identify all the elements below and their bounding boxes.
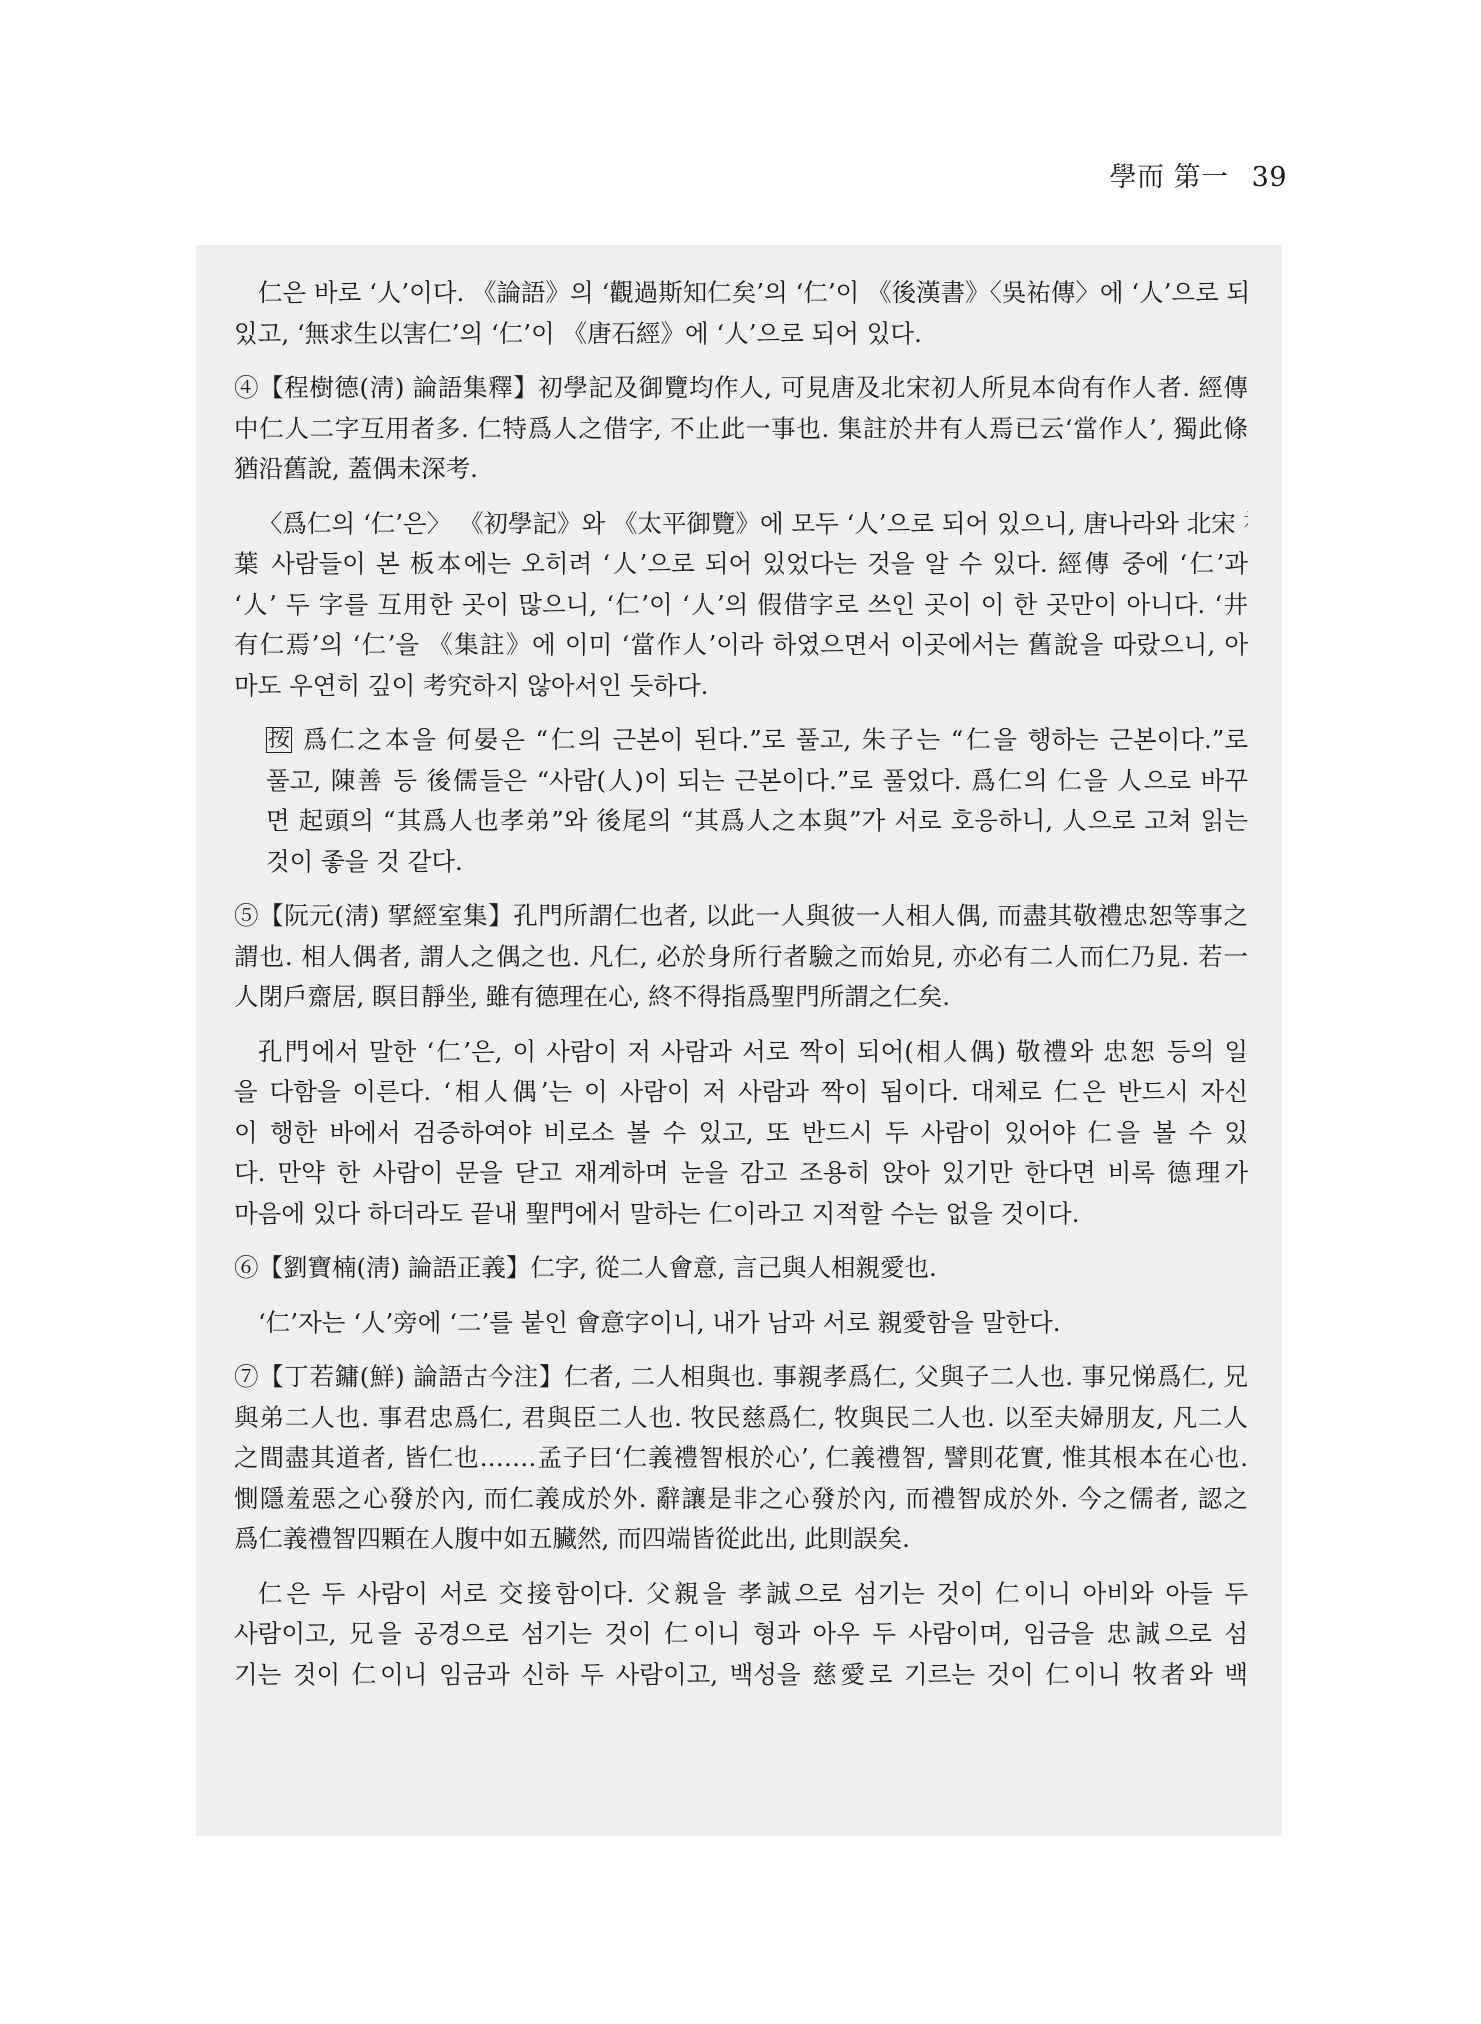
note-text: 爲仁之本을 何晏은 “仁의 근본이 된다.”로 풀고, 朱子는 “仁을 행하는 … [300, 725, 1248, 754]
text-line: 仁은 두 사람이 서로 交接함이다. 父親을 孝誠으로 섬기는 것이 仁이니 아… [234, 1574, 1248, 1615]
text-line: 〈爲仁의 ‘仁’은〉 《初學記》와 《太平御覽》에 모두 ‘人’으로 되어 있으… [234, 504, 1248, 545]
text-line: 있고, ‘無求生以害仁’의 ‘仁’이 《唐石經》에 ‘人’으로 되어 있다. [234, 314, 1248, 355]
section-title: 第一 [1174, 162, 1229, 193]
text-line: 葉 사람들이 본 板本에는 오히려 ‘人’으로 되어 있었다는 것을 알 수 있… [234, 544, 1248, 585]
citation-paragraph-7: ⑦【丁若鏞(鮮) 論語古今注】仁者, 二人相與也. 事親孝爲仁, 父與子二人也.… [234, 1357, 1248, 1560]
text-line: 猶沿舊說, 蓋偶未深考. [234, 449, 1248, 490]
text-line: 爲仁義禮智四顆在人腹中如五臟然, 而四端皆從此出, 此則誤矣. [234, 1519, 1248, 1560]
chapter-title: 學而 [1109, 162, 1164, 193]
translation-paragraph: 仁은 두 사람이 서로 交接함이다. 父親을 孝誠으로 섬기는 것이 仁이니 아… [234, 1574, 1248, 1696]
text-line: ⑥【劉寶楠(淸) 論語正義】仁字, 從二人會意, 言己與人相親愛也. [234, 1248, 1248, 1289]
text-line: 謂也. 相人偶者, 謂人之偶之也. 凡仁, 必於身所行者驗之而始見, 亦必有二人… [234, 937, 1248, 978]
text-line: 有仁焉’의 ‘仁’을 《集註》에 이미 ‘當作人’이라 하였으면서 이곳에서는 … [234, 625, 1248, 666]
text-line: 孔門에서 말한 ‘仁’은, 이 사람이 저 사람과 서로 짝이 되어(相人偶) … [234, 1032, 1248, 1073]
text-line: ④【程樹德(淸) 論語集釋】初學記及御覽均作人, 可見唐及北宋初人所見本尙有作人… [234, 368, 1248, 409]
citation-paragraph-4: ④【程樹德(淸) 論語集釋】初學記及御覽均作人, 可見唐及北宋初人所見本尙有作人… [234, 368, 1248, 490]
running-head: 學而 第一 39 [1109, 155, 1287, 194]
text-line: 마도 우연히 깊이 考究하지 않아서인 듯하다. [234, 666, 1248, 707]
translation-paragraph: 孔門에서 말한 ‘仁’은, 이 사람이 저 사람과 서로 짝이 되어(相人偶) … [234, 1032, 1248, 1235]
text-line: 人閉戶齋居, 瞑目靜坐, 雖有德理在心, 終不得指爲聖門所謂之仁矣. [234, 977, 1248, 1018]
text-line: 기는 것이 仁이니 임금과 신하 두 사람이고, 백성을 慈愛로 기르는 것이 … [234, 1655, 1248, 1696]
text-line: 을 다함을 이른다. ‘相人偶’는 이 사람이 저 사람과 짝이 됨이다. 대체… [234, 1072, 1248, 1113]
text-line: ⑤【阮元(淸) 揅經室集】孔門所謂仁也者, 以此一人與彼一人相人偶, 而盡其敬禮… [234, 896, 1248, 937]
text-line: 仁은 바로 ‘人’이다. 《論語》의 ‘觀過斯知仁矣’의 ‘仁’이 《後漢書》〈… [234, 273, 1248, 314]
text-line: 與弟二人也. 事君忠爲仁, 君與臣二人也. 牧民慈爲仁, 牧與民二人也. 以至夫… [234, 1398, 1248, 1439]
citation-paragraph-6: ⑥【劉寶楠(淸) 論語正義】仁字, 從二人會意, 言己與人相親愛也. [234, 1248, 1248, 1289]
text-line: 之間盡其道者, 皆仁也.……孟子曰‘仁義禮智根於心’, 仁義禮智, 譬則花實, … [234, 1438, 1248, 1479]
text-line: 按爲仁之本을 何晏은 “仁의 근본이 된다.”로 풀고, 朱子는 “仁을 행하는… [262, 720, 1248, 761]
commentary-panel: 仁은 바로 ‘人’이다. 《論語》의 ‘觀過斯知仁矣’의 ‘仁’이 《後漢書》〈… [196, 245, 1282, 1836]
text-line: 사람이고, 兄을 공경으로 섬기는 것이 仁이니 형과 아우 두 사람이며, 임… [234, 1614, 1248, 1655]
text-line: 풀고, 陳善 등 後儒들은 “사람(人)이 되는 근본이다.”로 풀었다. 爲仁… [262, 761, 1248, 802]
note-badge-icon: 按 [266, 727, 292, 753]
text-line: 惻隱羞惡之心發於內, 而仁義成於外. 辭讓是非之心發於內, 而禮智成於外. 今之… [234, 1479, 1248, 1520]
translation-paragraph: ‘仁’자는 ‘人’旁에 ‘二’를 붙인 會意字이니, 내가 남과 서로 親愛함을… [234, 1303, 1248, 1344]
translation-paragraph: 〈爲仁의 ‘仁’은〉 《初學記》와 《太平御覽》에 모두 ‘人’으로 되어 있으… [234, 504, 1248, 707]
text-line: 면 起頭의 “其爲人也孝弟”와 後尾의 “其爲人之本與”가 서로 호응하니, 人… [262, 801, 1248, 842]
text-line: 中仁人二字互用者多. 仁特爲人之借字, 不止此一事也. 集註於井有人焉已云‘當作… [234, 409, 1248, 450]
text-line: 이 행한 바에서 검증하여야 비로소 볼 수 있고, 또 반드시 두 사람이 있… [234, 1113, 1248, 1154]
editor-note: 按爲仁之本을 何晏은 “仁의 근본이 된다.”로 풀고, 朱子는 “仁을 행하는… [234, 720, 1248, 882]
page-number: 39 [1252, 162, 1287, 193]
translation-paragraph: 仁은 바로 ‘人’이다. 《論語》의 ‘觀過斯知仁矣’의 ‘仁’이 《後漢書》〈… [234, 273, 1248, 354]
text-line: ‘仁’자는 ‘人’旁에 ‘二’를 붙인 會意字이니, 내가 남과 서로 親愛함을… [234, 1303, 1248, 1344]
text-line: 다. 만약 한 사람이 문을 닫고 재계하며 눈을 감고 조용히 앉아 있기만 … [234, 1153, 1248, 1194]
text-line: 마음에 있다 하더라도 끝내 聖門에서 말하는 仁이라고 지적할 수는 없을 것… [234, 1194, 1248, 1235]
text-line: 것이 좋을 것 같다. [262, 842, 1248, 883]
text-line: ⑦【丁若鏞(鮮) 論語古今注】仁者, 二人相與也. 事親孝爲仁, 父與子二人也.… [234, 1357, 1248, 1398]
text-line: ‘人’ 두 字를 互用한 곳이 많으니, ‘仁’이 ‘人’의 假借字로 쓰인 곳… [234, 585, 1248, 626]
citation-paragraph-5: ⑤【阮元(淸) 揅經室集】孔門所謂仁也者, 以此一人與彼一人相人偶, 而盡其敬禮… [234, 896, 1248, 1018]
